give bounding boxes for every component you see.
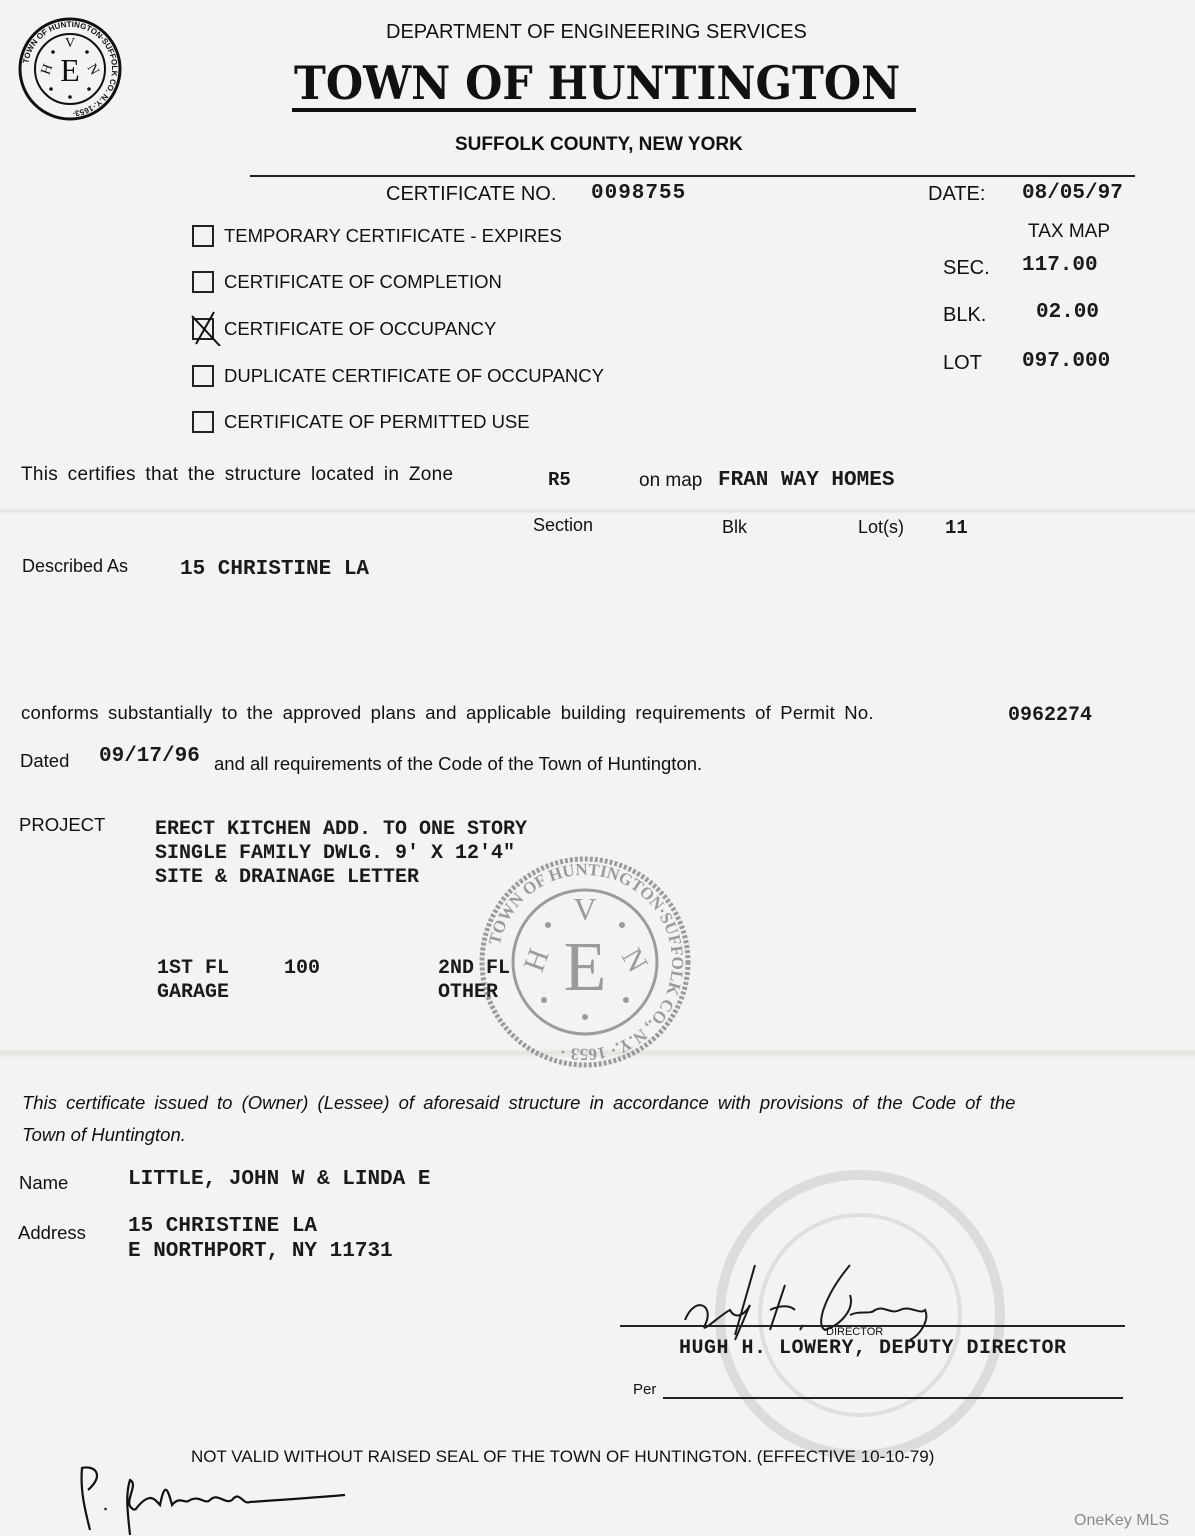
date-label: DATE:	[928, 183, 985, 206]
owner-name-label: Name	[19, 1172, 68, 1194]
checkbox-box[interactable]	[192, 225, 214, 247]
described-as-label: Described As	[22, 556, 128, 577]
town-seal-icon: TOWN OF HUNTINGTON·SUFFOLK CO. N.Y.·1653…	[18, 17, 122, 121]
per-label: Per	[633, 1381, 656, 1398]
header-divider	[250, 175, 1135, 177]
checkbox-label: DUPLICATE CERTIFICATE OF OCCUPANCY	[224, 365, 604, 387]
blk-label: Blk	[722, 517, 747, 538]
on-map-label: on map	[639, 470, 702, 492]
project-label: PROJECT	[19, 814, 105, 836]
owner-name: LITTLE, JOHN W & LINDA E	[128, 1168, 430, 1191]
permit-number: 0962274	[1008, 704, 1092, 727]
lots-label: Lot(s)	[858, 517, 904, 538]
checkbox-label: CERTIFICATE OF PERMITTED USE	[224, 411, 530, 433]
section-label: Section	[533, 515, 593, 536]
title-underline	[292, 108, 916, 112]
garage-label: GARAGE	[157, 981, 229, 1004]
dated-label: Dated	[20, 750, 69, 772]
tax-map-sec-label: SEC.	[943, 257, 990, 280]
lots-value: 11	[945, 517, 968, 539]
checkbox-box[interactable]	[192, 271, 214, 293]
county-name: SUFFOLK COUNTY, NEW YORK	[455, 134, 743, 156]
issuance-text: This certificate issued to (Owner) (Less…	[22, 1092, 1015, 1114]
svg-text:H: H	[39, 62, 57, 77]
checkbox-label: CERTIFICATE OF COMPLETION	[224, 271, 502, 293]
checkbox-certificate-of-occupancy[interactable]: CERTIFICATE OF OCCUPANCY	[192, 318, 496, 340]
svg-text:N: N	[84, 62, 102, 78]
checkbox-temporary-certificate[interactable]: TEMPORARY CERTIFICATE - EXPIRES	[192, 225, 562, 247]
director-signature	[675, 1255, 955, 1345]
department-name: DEPARTMENT OF ENGINEERING SERVICES	[386, 21, 807, 44]
owner-address-line2: E NORTHPORT, NY 11731	[128, 1240, 393, 1263]
conforms-text: conforms substantially to the approved p…	[21, 702, 874, 724]
certifies-text: This certifies that the structure locate…	[21, 464, 453, 486]
check-x-mark-icon	[190, 306, 224, 346]
checkbox-box[interactable]	[192, 365, 214, 387]
tax-map-sec-value: 117.00	[1022, 254, 1098, 277]
certificate-number-label: CERTIFICATE NO.	[386, 183, 556, 206]
owner-address-line1: 15 CHRISTINE LA	[128, 1215, 317, 1238]
first-floor-label: 1ST FL	[157, 957, 229, 980]
signer-name: HUGH H. LOWERY, DEPUTY DIRECTOR	[679, 1337, 1067, 1360]
svg-text:N: N	[615, 943, 654, 978]
map-value: FRAN WAY HOMES	[718, 469, 894, 492]
tax-map-blk-label: BLK.	[943, 304, 986, 327]
zone-value: R5	[548, 469, 571, 491]
document-title: TOWN OF HUNTINGTON	[294, 56, 900, 110]
paper-fold	[0, 508, 1195, 514]
certificate-date: 08/05/97	[1022, 182, 1123, 205]
checkbox-box-checked[interactable]	[192, 318, 214, 340]
checkbox-box[interactable]	[192, 411, 214, 433]
svg-text:V: V	[573, 891, 596, 927]
checkbox-certificate-of-completion[interactable]: CERTIFICATE OF COMPLETION	[192, 271, 502, 293]
first-floor-value: 100	[284, 957, 320, 980]
per-signature-line	[663, 1397, 1123, 1399]
issuance-text-continued: Town of Huntington.	[22, 1124, 186, 1146]
tax-map-blk-value: 02.00	[1036, 301, 1099, 324]
checkbox-label: CERTIFICATE OF OCCUPANCY	[224, 318, 496, 340]
project-line: SITE & DRAINAGE LETTER	[155, 866, 419, 889]
code-requirements-text: and all requirements of the Code of the …	[214, 753, 702, 775]
certificate-number: 0098755	[591, 182, 686, 205]
tax-map-lot-label: LOT	[943, 352, 982, 375]
svg-text:E: E	[60, 52, 80, 88]
checkbox-duplicate-certificate-of-occupancy[interactable]: DUPLICATE CERTIFICATE OF OCCUPANCY	[192, 365, 604, 387]
svg-text:H: H	[517, 944, 555, 976]
project-line: ERECT KITCHEN ADD. TO ONE STORY	[155, 818, 527, 841]
handwritten-signature	[60, 1460, 360, 1535]
svg-text:E: E	[564, 929, 607, 1006]
stamped-seal-icon: TOWN OF HUNTINGTON·SUFFOLK CO., N.Y.· 16…	[478, 855, 693, 1070]
tax-map-label: TAX MAP	[1028, 221, 1110, 243]
tax-map-lot-value: 097.000	[1022, 350, 1110, 373]
owner-address-label: Address	[18, 1222, 86, 1244]
svg-text:V: V	[65, 36, 75, 51]
described-as-value: 15 CHRISTINE LA	[180, 558, 369, 581]
permit-date: 09/17/96	[99, 745, 200, 768]
watermark: OneKey MLS	[1074, 1512, 1169, 1530]
project-line: SINGLE FAMILY DWLG. 9' X 12'4"	[155, 842, 515, 865]
checkbox-label: TEMPORARY CERTIFICATE - EXPIRES	[224, 225, 562, 247]
checkbox-certificate-of-permitted-use[interactable]: CERTIFICATE OF PERMITTED USE	[192, 411, 530, 433]
